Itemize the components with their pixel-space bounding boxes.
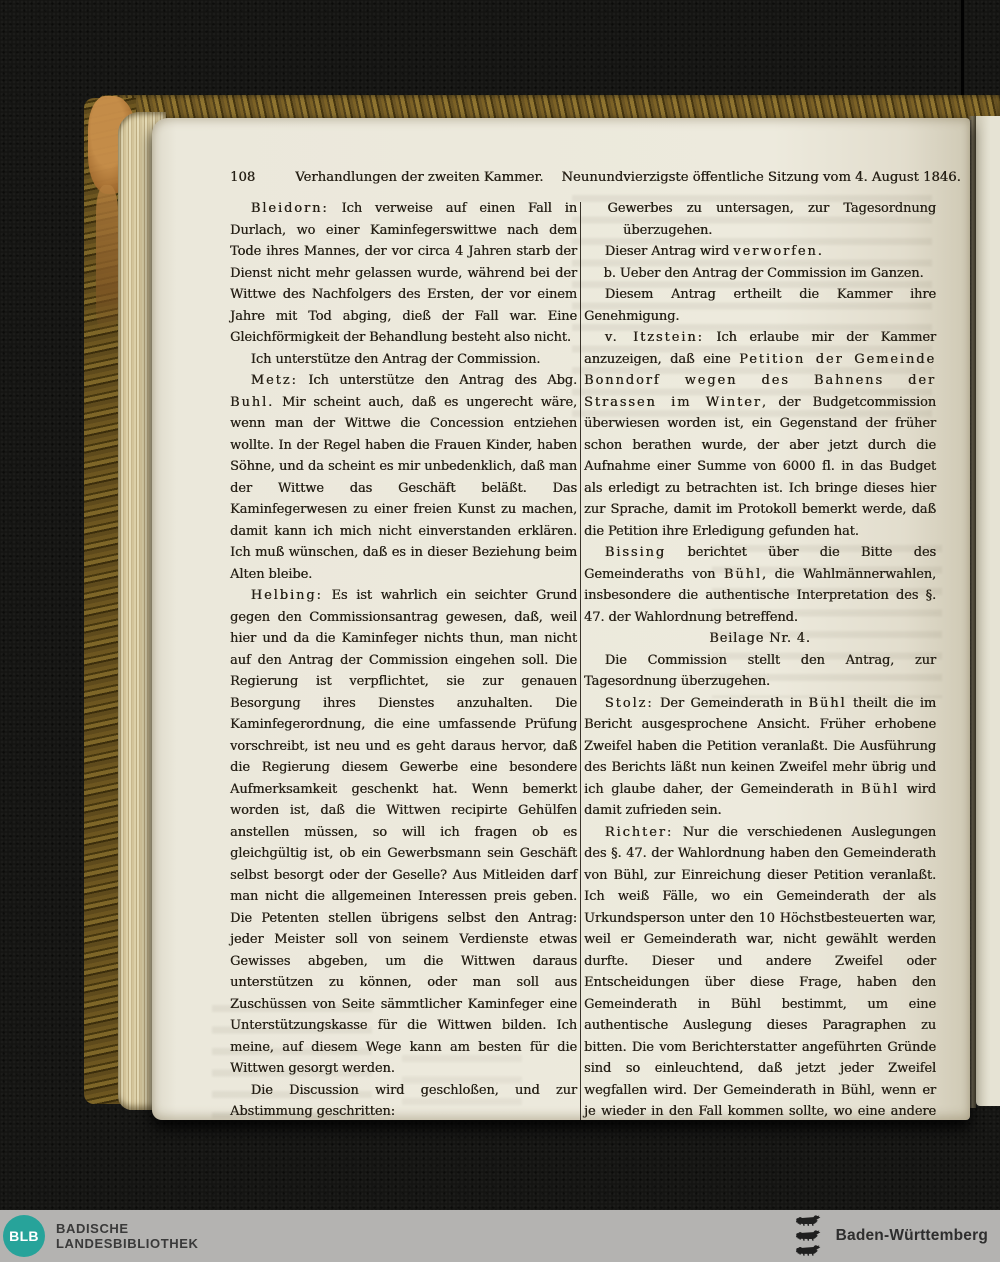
blb-circle-logo: BLB bbox=[3, 1215, 45, 1257]
emphasized-name: Buhl. bbox=[230, 395, 274, 410]
worn-corner-streak bbox=[96, 185, 118, 335]
body-text: b. Ueber den Antrag der Commission im Ga… bbox=[604, 266, 924, 281]
body-text: Mir scheint auch, daß es ungerecht wäre,… bbox=[230, 395, 577, 582]
emphasized-name: Bühl bbox=[724, 567, 762, 582]
body-text: Gewerbes zu untersagen, zur Tagesordnung… bbox=[607, 201, 936, 238]
library-name-line1: BADISCHE bbox=[56, 1221, 199, 1237]
library-name-line2: LANDESBIBLIOTHEK bbox=[56, 1236, 199, 1252]
running-title-right: Neunundvierzigste öffentliche Sitzung vo… bbox=[561, 170, 960, 185]
paragraph: Helbing: Es ist wahrlich ein seichter Gr… bbox=[230, 585, 577, 1080]
page-text-block: 108 Verhandlungen der zweiten Kammer. Ne… bbox=[230, 170, 936, 1120]
emphasized-name: v. Itzstein: bbox=[605, 330, 704, 345]
scan-background: 108 Verhandlungen der zweiten Kammer. Ne… bbox=[0, 0, 1000, 1210]
paragraph: Richter: Nur die verschiedenen Auslegung… bbox=[584, 822, 936, 1121]
paragraph: Beilage Nr. 4. bbox=[584, 628, 936, 650]
paragraph: Bleidorn: Ich verweise auf einen Fall in… bbox=[230, 198, 577, 349]
paragraph: Diesem Antrag ertheilt die Kammer ihre G… bbox=[584, 284, 936, 327]
emphasized-name: Bühl bbox=[861, 782, 899, 797]
viewer-footer-bar: BLB BADISCHE LANDESBIBLIOTHEK Baden-Würt… bbox=[0, 1210, 1000, 1262]
running-title-left: Verhandlungen der zweiten Kammer. bbox=[295, 170, 543, 185]
book-cloth-seam bbox=[961, 0, 964, 102]
paragraph: Die Commission stellt den Antrag, zur Ta… bbox=[584, 650, 936, 693]
body-text: Ich unterstütze den Antrag der Commissio… bbox=[251, 352, 540, 367]
state-branding: Baden-Württemberg bbox=[792, 1215, 988, 1257]
body-text: Dieser Antrag wird bbox=[605, 244, 733, 259]
emphasized-name: Bühl bbox=[808, 696, 846, 711]
emphasized-name: Bissing bbox=[605, 545, 666, 560]
body-text: Der Gemeinderath in bbox=[654, 696, 809, 711]
body-text: Ich verweise auf einen Fall in Durlach, … bbox=[230, 201, 577, 345]
column-left: Bleidorn: Ich verweise auf einen Fall in… bbox=[230, 198, 577, 1120]
paragraph: Die Discussion wird geschloßen, und zur … bbox=[230, 1080, 577, 1121]
page-number: 108 bbox=[230, 170, 255, 185]
column-divider-rule bbox=[580, 202, 581, 1120]
library-name: BADISCHE LANDESBIBLIOTHEK bbox=[56, 1221, 199, 1252]
state-label: Baden-Württemberg bbox=[836, 1227, 988, 1245]
body-text: Nur die verschiedenen Auslegungen des §.… bbox=[584, 825, 936, 1121]
emphasized-name: Richter: bbox=[605, 825, 673, 840]
body-text: Diesem Antrag ertheilt die Kammer ihre G… bbox=[584, 287, 936, 324]
emphasized-name: Bleidorn: bbox=[251, 201, 329, 216]
column-right: Gewerbes zu untersagen, zur Tagesordnung… bbox=[584, 198, 936, 1120]
paragraph: Metz: Ich unterstütze den Antrag des Abg… bbox=[230, 370, 577, 585]
paragraph: Bissing berichtet über die Bitte des Gem… bbox=[584, 542, 936, 628]
body-text: Die Commission stellt den Antrag, zur Ta… bbox=[584, 653, 936, 690]
body-text: Beilage Nr. 4. bbox=[709, 631, 811, 646]
body-text: Die Discussion wird geschloßen, und zur … bbox=[230, 1083, 577, 1120]
body-text: Ich unterstütze den Antrag des Abg. bbox=[298, 373, 577, 388]
paragraph: Ich unterstütze den Antrag der Commissio… bbox=[230, 349, 577, 371]
emphasized-name: Stolz: bbox=[605, 696, 654, 711]
paragraph: Dieser Antrag wird verworfen. bbox=[584, 241, 936, 263]
body-text: Es ist wahrlich ein seichter Grund gegen… bbox=[230, 588, 577, 1076]
two-column-text: Bleidorn: Ich verweise auf einen Fall in… bbox=[230, 198, 936, 1120]
emphasized-name: Metz: bbox=[251, 373, 298, 388]
paragraph: Gewerbes zu untersagen, zur Tagesordnung… bbox=[584, 198, 936, 241]
body-text: , der Budgetcommission überwiesen worden… bbox=[584, 395, 936, 539]
emphasized-name: verworfen. bbox=[733, 244, 823, 259]
paragraph: v. Itzstein: Ich erlaube mir der Kammer … bbox=[584, 327, 936, 542]
page-header: 108 Verhandlungen der zweiten Kammer. Ne… bbox=[230, 170, 936, 185]
paragraph: Stolz: Der Gemeinderath in Bühl theilt d… bbox=[584, 693, 936, 822]
three-lions-icon bbox=[792, 1215, 822, 1257]
facing-page-sliver bbox=[976, 116, 1000, 1106]
blb-abbr: BLB bbox=[9, 1228, 39, 1244]
scanned-page: 108 Verhandlungen der zweiten Kammer. Ne… bbox=[152, 118, 970, 1120]
paragraph: b. Ueber den Antrag der Commission im Ga… bbox=[584, 263, 936, 285]
emphasized-name: Helbing: bbox=[251, 588, 323, 603]
leather-binding-top bbox=[99, 95, 1000, 120]
library-branding: BLB BADISCHE LANDESBIBLIOTHEK bbox=[0, 1215, 199, 1257]
